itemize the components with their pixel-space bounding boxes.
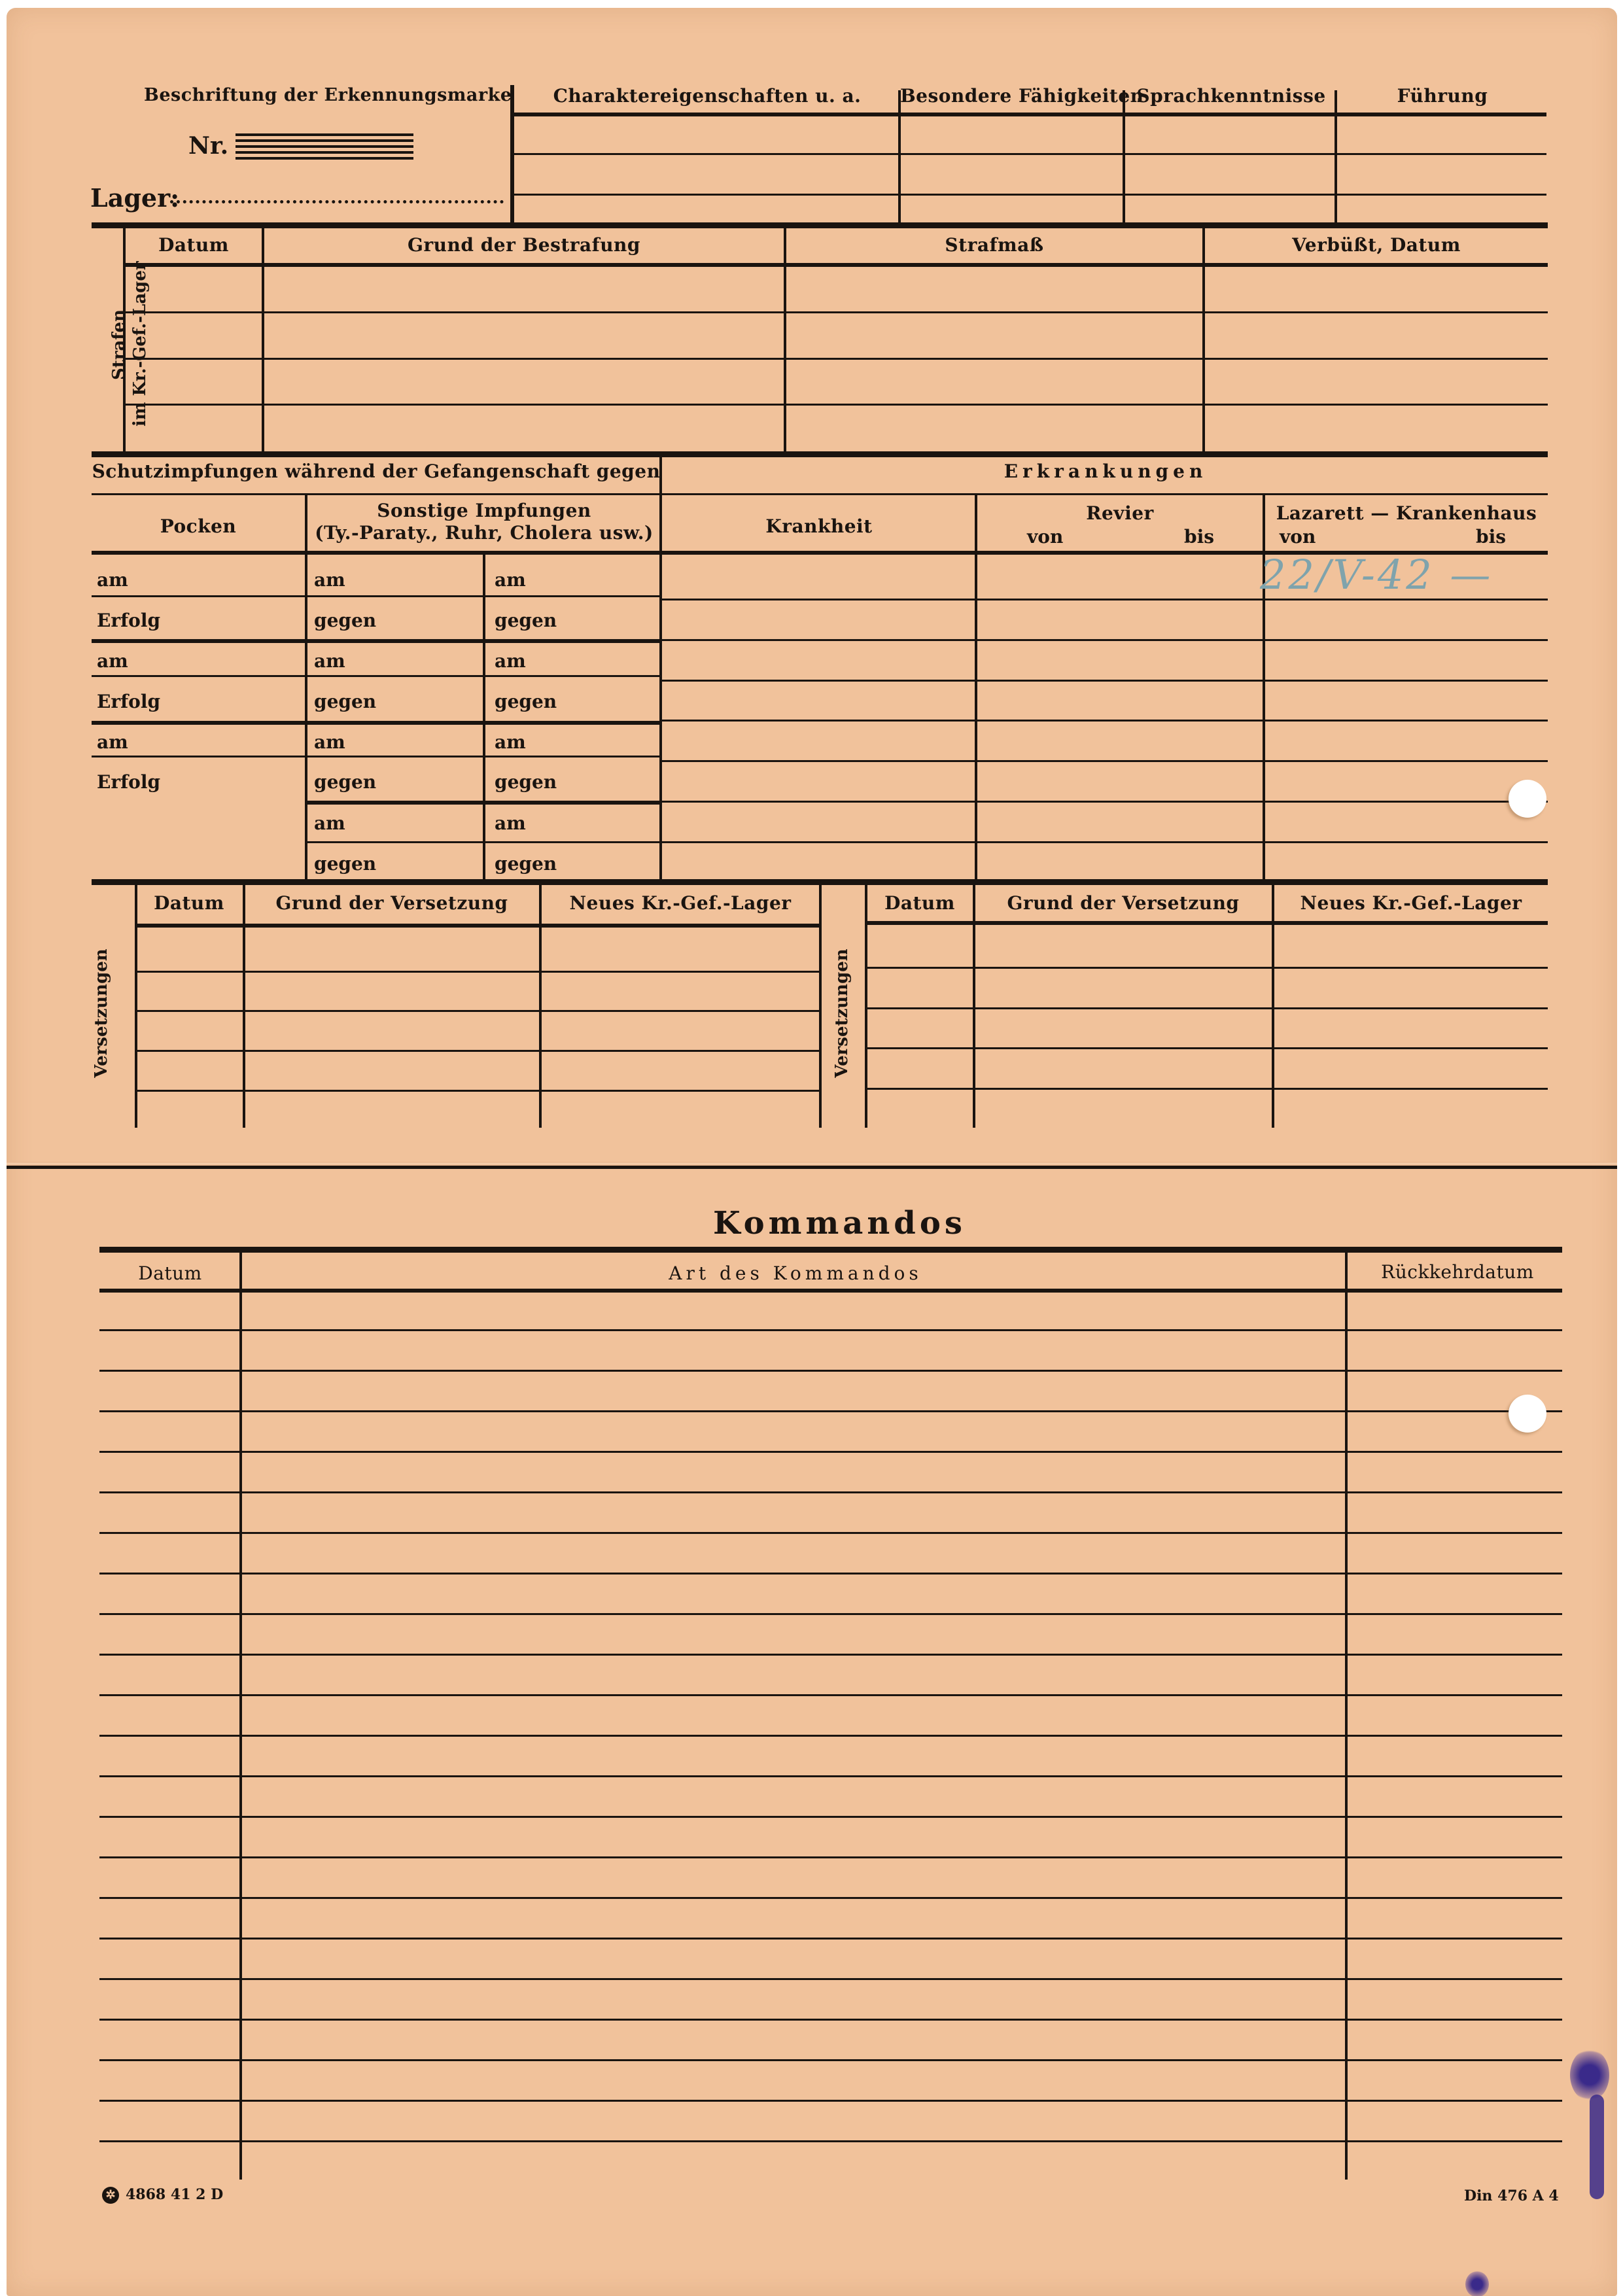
transfers-col-header: Grund der Versetzung bbox=[976, 892, 1270, 914]
transfers-col-header: Neues Kr.-Gef.-Lager bbox=[542, 892, 819, 914]
pocken-cell[interactable]: Erfolg bbox=[97, 610, 160, 631]
sonstige-header-line: (Ty.-Paraty., Ruhr, Cholera usw.) bbox=[307, 522, 661, 544]
din-format: Din 476 A 4 bbox=[1464, 2187, 1559, 2204]
other-vacc-cell[interactable]: gegen bbox=[314, 771, 376, 793]
punishments-col-header: Strafmaß bbox=[786, 234, 1202, 256]
ink-stamp-mark bbox=[1570, 2049, 1609, 2101]
pocken-cell[interactable]: am bbox=[97, 569, 128, 591]
ink-stamp-stroke bbox=[1590, 2095, 1604, 2199]
print-code-text: 4868 41 2 D bbox=[126, 2186, 223, 2203]
kommandos-col-header: Datum bbox=[99, 1262, 241, 1284]
revier-bis: bis bbox=[1184, 526, 1214, 548]
other-vacc-cell[interactable]: am bbox=[495, 731, 526, 753]
lazarett-bis: bis bbox=[1476, 526, 1506, 548]
kommandos-title: Kommandos bbox=[713, 1205, 966, 1242]
punch-hole bbox=[1509, 1395, 1546, 1433]
other-vacc-cell[interactable]: am bbox=[495, 650, 526, 672]
revier-header: Revier bbox=[977, 502, 1263, 524]
other-vacc-cell[interactable]: am bbox=[495, 569, 526, 591]
print-code: ✲4868 41 2 D bbox=[102, 2186, 223, 2204]
traits-col-header: Sprachkenntnisse bbox=[1125, 85, 1337, 107]
krankheit-header: Krankheit bbox=[663, 515, 975, 537]
pocken-header: Pocken bbox=[92, 515, 305, 537]
record-card: Beschriftung der Erkennungsmarke Nr. Lag… bbox=[7, 8, 1617, 2296]
transfer-entry-area[interactable] bbox=[137, 929, 818, 1125]
transfers-col-header: Datum bbox=[867, 892, 972, 914]
pocken-cell[interactable]: Erfolg bbox=[97, 691, 160, 712]
traits-col-header: Führung bbox=[1338, 85, 1546, 107]
printer-seal-icon: ✲ bbox=[102, 2187, 119, 2204]
traits-col-header: Charaktereigenschaften u. a. bbox=[514, 85, 900, 107]
illness-entry-area[interactable] bbox=[663, 556, 1546, 880]
other-vacc-cell[interactable]: gegen bbox=[314, 853, 376, 875]
lazarett-von: von bbox=[1280, 526, 1316, 548]
transfers-col-header: Grund der Versetzung bbox=[246, 892, 538, 914]
other-vacc-cell[interactable]: gegen bbox=[314, 691, 376, 712]
other-vacc-cell[interactable]: am bbox=[314, 812, 345, 834]
pocken-cell[interactable]: am bbox=[97, 731, 128, 753]
other-vacc-cell[interactable]: gegen bbox=[314, 610, 376, 631]
sonstige-header: Sonstige Impfungen (Ty.-Paraty., Ruhr, C… bbox=[307, 500, 661, 544]
pocken-cell[interactable]: Erfolg bbox=[97, 771, 160, 793]
identity-heading: Beschriftung der Erkennungsmarke bbox=[144, 85, 484, 105]
kommandos-row-line bbox=[99, 2140, 1562, 2142]
lager-label: Lager: bbox=[90, 183, 179, 213]
punishments-col-header: Datum bbox=[126, 234, 262, 256]
lazarett-header: Lazarett — Krankenhaus bbox=[1265, 502, 1548, 524]
other-vacc-cell[interactable]: am bbox=[314, 731, 345, 753]
other-vacc-cell[interactable]: gegen bbox=[495, 853, 557, 875]
other-vacc-cell[interactable]: gegen bbox=[495, 610, 557, 631]
revier-von: von bbox=[1027, 526, 1063, 548]
other-vacc-cell[interactable]: am bbox=[314, 569, 345, 591]
kommandos-entry-area[interactable] bbox=[101, 1294, 1561, 2138]
punishments-col-header: Grund der Bestrafung bbox=[264, 234, 784, 256]
punishment-entry-area[interactable] bbox=[126, 268, 1545, 448]
other-vacc-cell[interactable]: gegen bbox=[495, 691, 557, 712]
nr-field[interactable] bbox=[236, 133, 413, 160]
other-vacc-cell[interactable]: am bbox=[495, 812, 526, 834]
transfers-side-label: Versetzungen bbox=[831, 948, 854, 1079]
pocken-cell[interactable]: am bbox=[97, 650, 128, 672]
nr-label: Nr. bbox=[188, 132, 228, 160]
vaccinations-heading: Schutzimpfungen während der Gefangenscha… bbox=[92, 461, 661, 482]
transfers-col-header: Datum bbox=[137, 892, 241, 914]
traits-col-header: Besondere Fähigkeiten bbox=[900, 85, 1124, 107]
transfers-side-label: Versetzungen bbox=[91, 948, 113, 1079]
ink-stamp-mark bbox=[1465, 2271, 1489, 2296]
illnesses-heading: Erkrankungen bbox=[663, 461, 1548, 482]
other-vacc-cell[interactable]: gegen bbox=[495, 771, 557, 793]
sonstige-header-line: Sonstige Impfungen bbox=[307, 500, 661, 522]
punch-hole bbox=[1509, 780, 1546, 818]
kommandos-col-header: Art des Kommandos bbox=[246, 1262, 1345, 1284]
traits-cell[interactable] bbox=[514, 116, 1546, 221]
lager-field[interactable] bbox=[170, 200, 504, 203]
transfer-entry-area[interactable] bbox=[867, 926, 1548, 1125]
other-vacc-cell[interactable]: am bbox=[314, 650, 345, 672]
kommandos-col-header: Rückkehrdatum bbox=[1353, 1261, 1562, 1283]
transfers-col-header: Neues Kr.-Gef.-Lager bbox=[1274, 892, 1548, 914]
punishments-col-header: Verbüßt, Datum bbox=[1205, 234, 1548, 256]
